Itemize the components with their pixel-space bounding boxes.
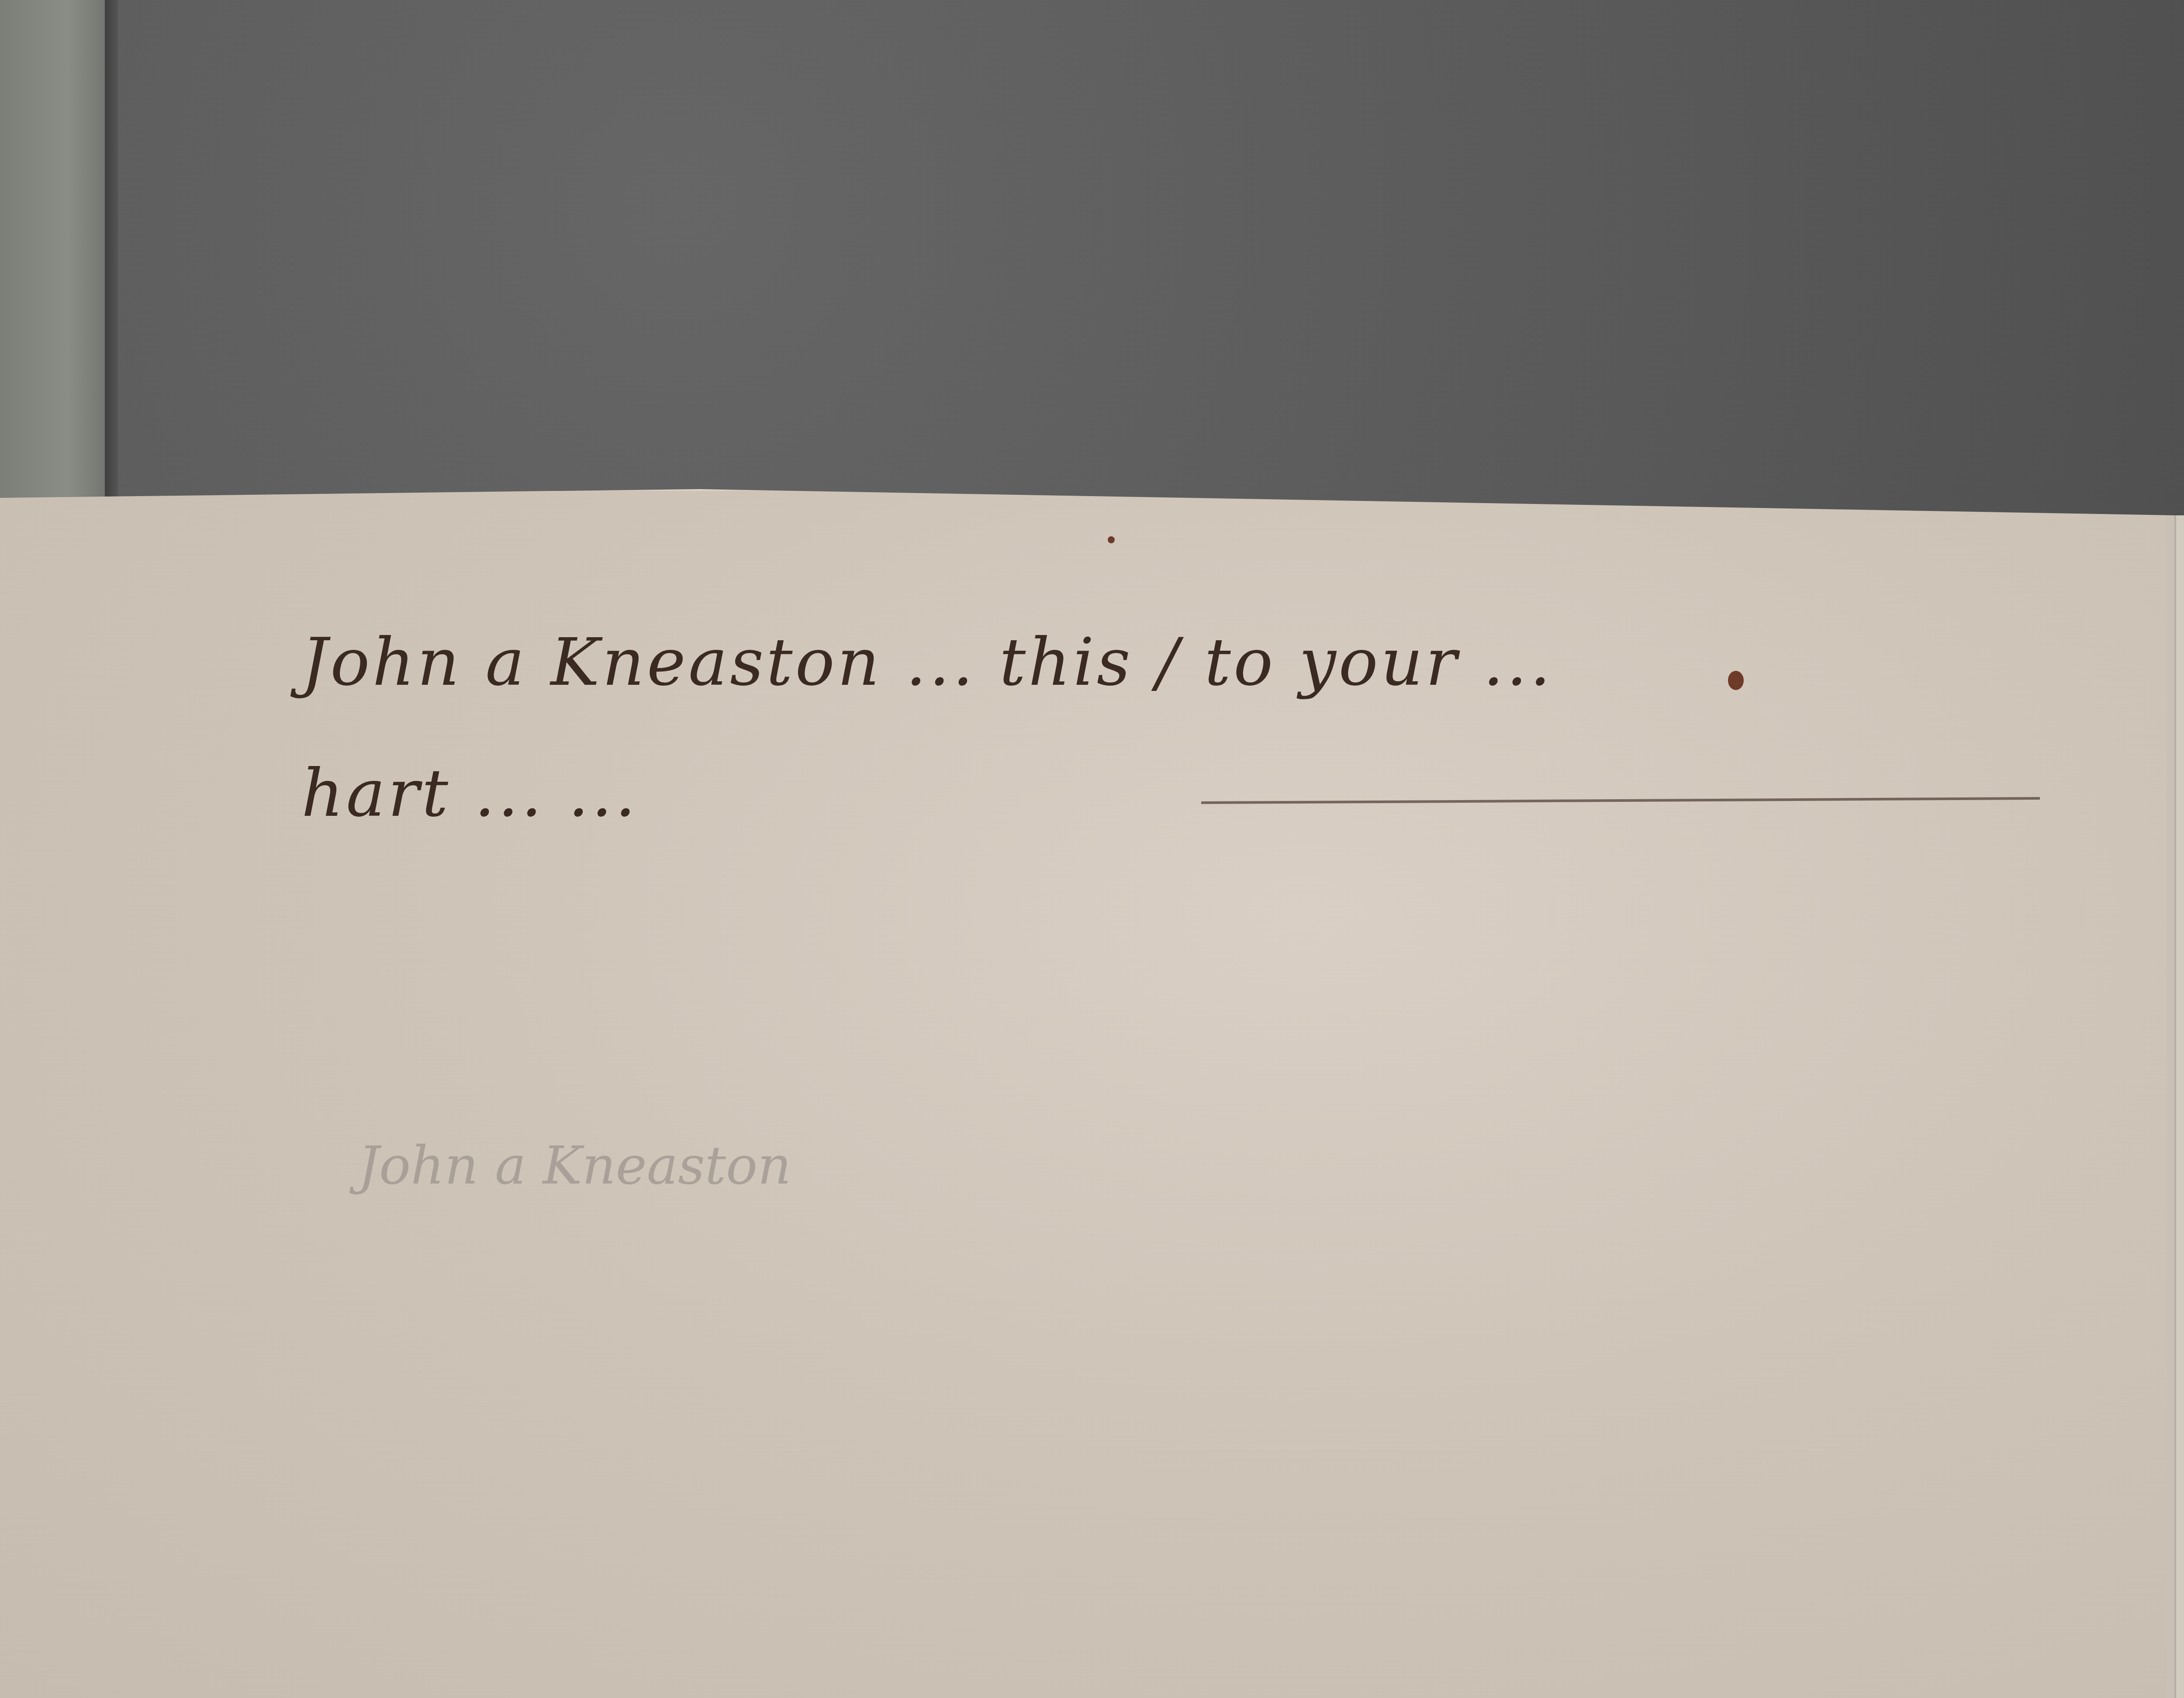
page-edges (2167, 515, 2184, 1698)
foam-background (0, 0, 2184, 515)
foam-edge-left (0, 0, 114, 524)
ink-speck (1108, 536, 1115, 543)
ink-blot (1728, 671, 1744, 690)
foam-shadow (105, 0, 118, 524)
inscription-line-2: hart ... ... (301, 756, 638, 832)
pencil-note: John a Kneaston (358, 1135, 791, 1196)
inscription-line-1: John a Kneaston ... this / to your ... (301, 625, 1553, 701)
